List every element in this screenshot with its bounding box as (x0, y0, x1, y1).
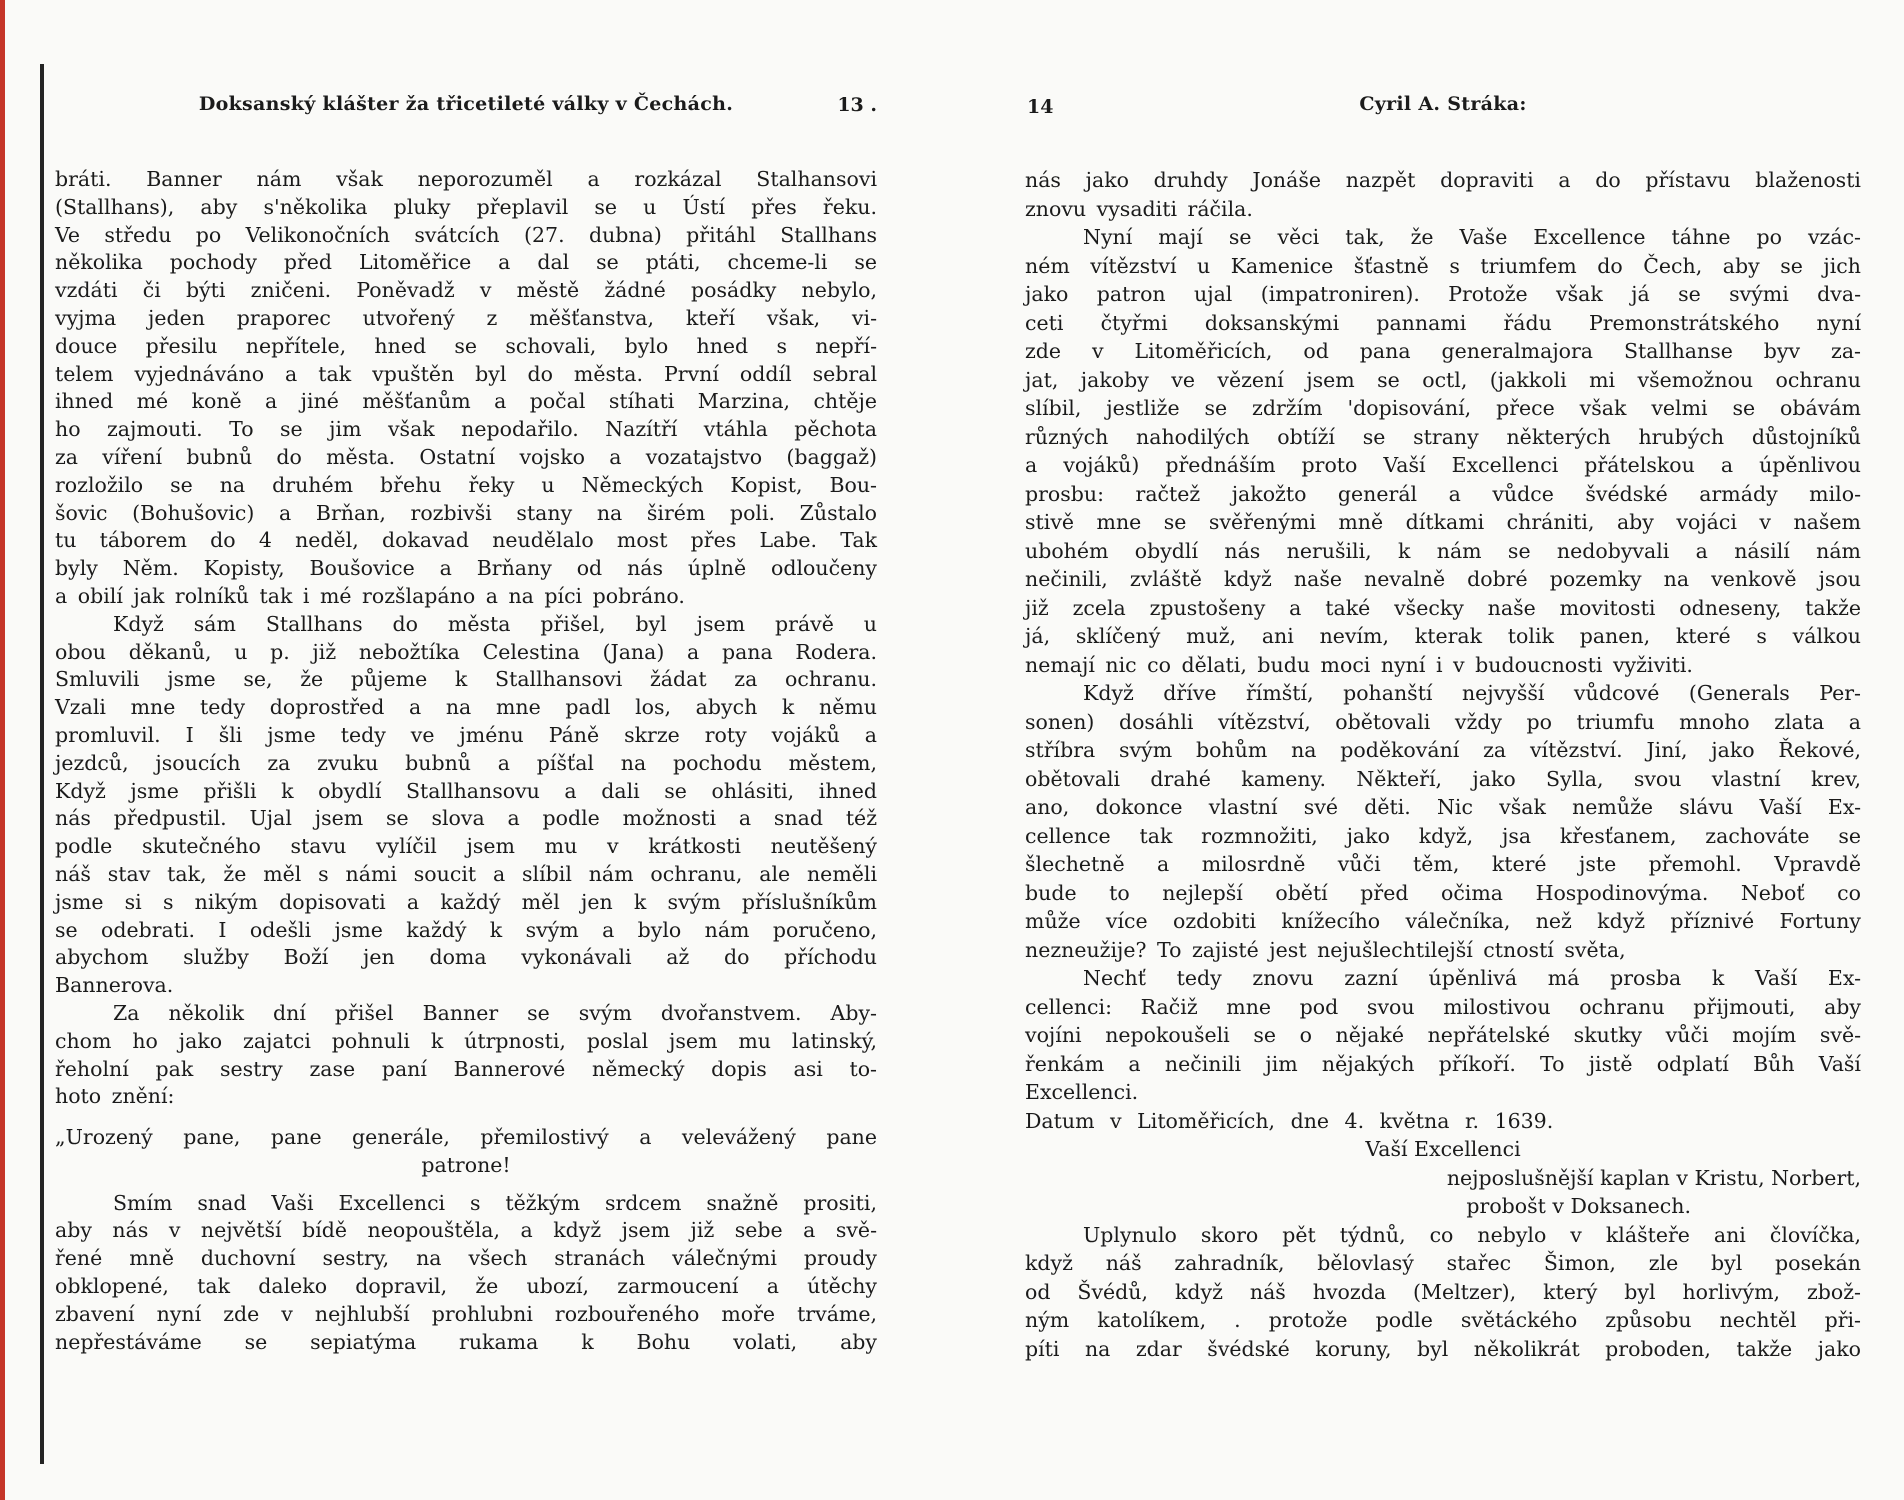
text-line: vyjma jeden praporec utvořený z měšťanst… (55, 305, 877, 333)
text-block: nás jako druhdy Jonáše nazpět dopraviti … (1025, 166, 1861, 1363)
text-line: byly Něm. Kopisty, Boušovice a Brňany od… (55, 555, 877, 583)
text-line: řené mně duchovní sestry, na všech stran… (55, 1245, 877, 1273)
text-line: několika pochody před Litoměřice a dal s… (55, 249, 877, 277)
text-line: vojíni nepokoušeli se o nějaké nepřátels… (1025, 1021, 1861, 1050)
text-line: aby nás v největší bídě neopouštěla, a k… (55, 1217, 877, 1245)
text-line: bráti. Banner nám však neporozuměl a roz… (55, 166, 877, 194)
text-line: píti na zdar švédské koruny, byl několik… (1025, 1335, 1861, 1364)
text-line: Nyní mají se věci tak, že Vaše Excellenc… (1025, 223, 1861, 252)
page-number: 14 (1027, 95, 1053, 119)
text-line: když náš zahradník, bělovlasý stařec Šim… (1025, 1249, 1861, 1278)
text-line: „Urozený pane, pane generále, přemilosti… (55, 1124, 877, 1152)
text-line: ihned mé koně a jiné měšťanům a počal st… (55, 388, 877, 416)
text-line: obklopené, tak daleko dopravil, že ubozí… (55, 1273, 877, 1301)
text-line: ho zajmouti. To se jim však nepodařilo. … (55, 416, 877, 444)
text-line: chom ho jako zajatci pohnuli k útrpnosti… (55, 1028, 877, 1056)
text-line: jako patron ujal (impatroniren). Protože… (1025, 280, 1861, 309)
text-line: znovu vysaditi ráčila. (1025, 195, 1861, 224)
text-line: nezneužije? To zajisté jest nejušlechtil… (1025, 936, 1861, 965)
text-line: a obilí jak rolníků tak i mé rozšlapáno … (55, 583, 877, 611)
text-line: nemají nic co dělati, budu moci nyní i v… (1025, 651, 1861, 680)
text-line: šlechetně a milosrdně vůči těm, které js… (1025, 850, 1861, 879)
text-line: ubohém obydlí nás nerušili, k nám se ned… (1025, 537, 1861, 566)
text-line: Vaší Excellenci (1025, 1135, 1861, 1164)
text-line: zde v Litoměřicích, od pana generalmajor… (1025, 337, 1861, 366)
text-line: Uplynulo skoro pět týdnů, co nebylo v kl… (1025, 1221, 1861, 1250)
text-line: douce přesilu nepřítele, hned se schoval… (55, 333, 877, 361)
running-header-right: 14 Cyril A. Stráka: (1025, 92, 1861, 118)
text-line: Když jsme přišli k obydlí Stallhansovu a… (55, 778, 877, 806)
page-gutter-shadow-line (40, 64, 44, 1464)
text-line: patrone! (55, 1152, 877, 1180)
text-line: (Stallhans), aby s'několika pluky přepla… (55, 194, 877, 222)
text-line: hoto znění: (55, 1083, 877, 1111)
text-line: jezdců, jsoucích za zvuku bubnů a píšťal… (55, 750, 877, 778)
text-line: nepřestáváme se sepiatýma rukama k Bohu … (55, 1329, 877, 1357)
text-line: Vzali mne tedy doprostřed a na mne padl … (55, 694, 877, 722)
text-line: nás jako druhdy Jonáše nazpět dopraviti … (1025, 166, 1861, 195)
text-line: slíbil, jestliže se zdržím 'dopisování, … (1025, 394, 1861, 423)
scan-edge-red-line (0, 0, 5, 1500)
right-page: 14 Cyril A. Stráka: nás jako druhdy Joná… (1025, 92, 1861, 1363)
text-line: se odebrati. I odešli jsme každý k svým … (55, 917, 877, 945)
text-line: zbavení nyní zde v nejhlubší prohlubni r… (55, 1301, 877, 1329)
text-line: Když sám Stallhans do města přišel, byl … (55, 611, 877, 639)
text-line: za víření bubnů do města. Ostatní vojsko… (55, 444, 877, 472)
page-title: Doksanský klášter ža třicetileté války v… (55, 92, 877, 116)
book-spread: Doksanský klášter ža třicetileté války v… (0, 0, 1904, 1500)
page-title: Cyril A. Stráka: (1025, 92, 1861, 116)
text-line: obětovali drahé kameny. Někteří, jako Sy… (1025, 765, 1861, 794)
text-line: nás předpustil. Ujal jsem se slova a pod… (55, 805, 877, 833)
text-line: cellenci: Račiž mne pod svou milostivou … (1025, 993, 1861, 1022)
text-line: stříbra svým bohům na poděkování za vítě… (1025, 736, 1861, 765)
text-line: tu táborem do 4 neděl, dokavad neudělalo… (55, 527, 877, 555)
text-line: Excellenci. (1025, 1078, 1861, 1107)
text-line: různých nahodilých obtíží se strany někt… (1025, 423, 1861, 452)
text-line: promluvil. I šli jsme tedy ve jménu Páně… (55, 722, 877, 750)
text-line: Nechť tedy znovu zazní úpěnlivá má prosb… (1025, 964, 1861, 993)
text-block: bráti. Banner nám však neporozuměl a roz… (55, 166, 877, 1356)
text-line: probošt v Doksanech. (1025, 1192, 1861, 1221)
text-line: sonen) dosáhli vítězství, obětovali vždy… (1025, 708, 1861, 737)
page-number: 13 . (837, 93, 877, 117)
text-line: šovic (Bohušovic) a Brňan, rozbivši stan… (55, 500, 877, 528)
text-line: náš stav tak, že měl s námi soucit a slí… (55, 861, 877, 889)
text-line: obou děkanů, u p. již nebožtíka Celestin… (55, 639, 877, 667)
text-line: nečinili, zvláště když naše nevalně dobr… (1025, 565, 1861, 594)
text-line: rozložilo se na druhém břehu řeky u Něme… (55, 472, 877, 500)
text-line: ným katolíkem, . protože podle světáckéh… (1025, 1306, 1861, 1335)
text-line: nejposlušnější kaplan v Kristu, Norbert, (1025, 1164, 1861, 1193)
text-line: jat, jakoby ve vězení jsem se octl, (jak… (1025, 366, 1861, 395)
text-line: řenkám a nečinili jim nějakých příkoří. … (1025, 1050, 1861, 1079)
running-header-left: Doksanský klášter ža třicetileté války v… (55, 92, 877, 118)
text-line: stivě mne se svěřenými mně dítkami chrán… (1025, 508, 1861, 537)
text-line: Smluvili jsme se, že půjeme k Stallhanso… (55, 666, 877, 694)
text-line: jsme si s nikým dopisovati a každý měl j… (55, 889, 877, 917)
text-line: ném vítězství u Kamenice šťastně s trium… (1025, 252, 1861, 281)
text-line: a vojáků) přednáším proto Vaší Excellenc… (1025, 451, 1861, 480)
left-page: Doksanský klášter ža třicetileté války v… (55, 92, 877, 1356)
text-line: Když dříve římští, pohanští nejvyšší vůd… (1025, 679, 1861, 708)
text-line: Datum v Litoměřicích, dne 4. května r. 1… (1025, 1107, 1861, 1136)
text-line: bude to nejlepší obětí před očima Hospod… (1025, 879, 1861, 908)
text-line: ceti čtyřmi doksanskými pannami řádu Pre… (1025, 309, 1861, 338)
text-line: ano, dokonce vlastní své děti. Nic však … (1025, 793, 1861, 822)
text-line: prosbu: račtež jakožto generál a vůdce š… (1025, 480, 1861, 509)
text-line: Bannerova. (55, 972, 877, 1000)
text-line: Smím snad Vaši Excellenci s těžkým srdce… (55, 1190, 877, 1218)
text-line: cellence tak rozmnožiti, jako když, jsa … (1025, 822, 1861, 851)
text-line: Ve středu po Velikonočních svátcích (27.… (55, 222, 877, 250)
text-line: řeholní pak sestry zase paní Bannerové n… (55, 1056, 877, 1084)
text-line: Za několik dní přišel Banner se svým dvo… (55, 1000, 877, 1028)
text-line: telem vyjednáváno a tak vpuštěn byl do m… (55, 361, 877, 389)
text-line: může více ozdobiti knížecího válečníka, … (1025, 907, 1861, 936)
text-line: od Švédů, když náš hvozda (Meltzer), kte… (1025, 1278, 1861, 1307)
text-line: podle skutečného stavu vylíčil jsem mu v… (55, 833, 877, 861)
text-line: já, sklíčený muž, ani nevím, kterak toli… (1025, 622, 1861, 651)
text-line: vzdáti či býti zničeni. Poněvadž v městě… (55, 277, 877, 305)
text-line: abychom služby Boží jen doma vykonávali … (55, 944, 877, 972)
text-line: již zcela zpustošeny a také všecky naše … (1025, 594, 1861, 623)
